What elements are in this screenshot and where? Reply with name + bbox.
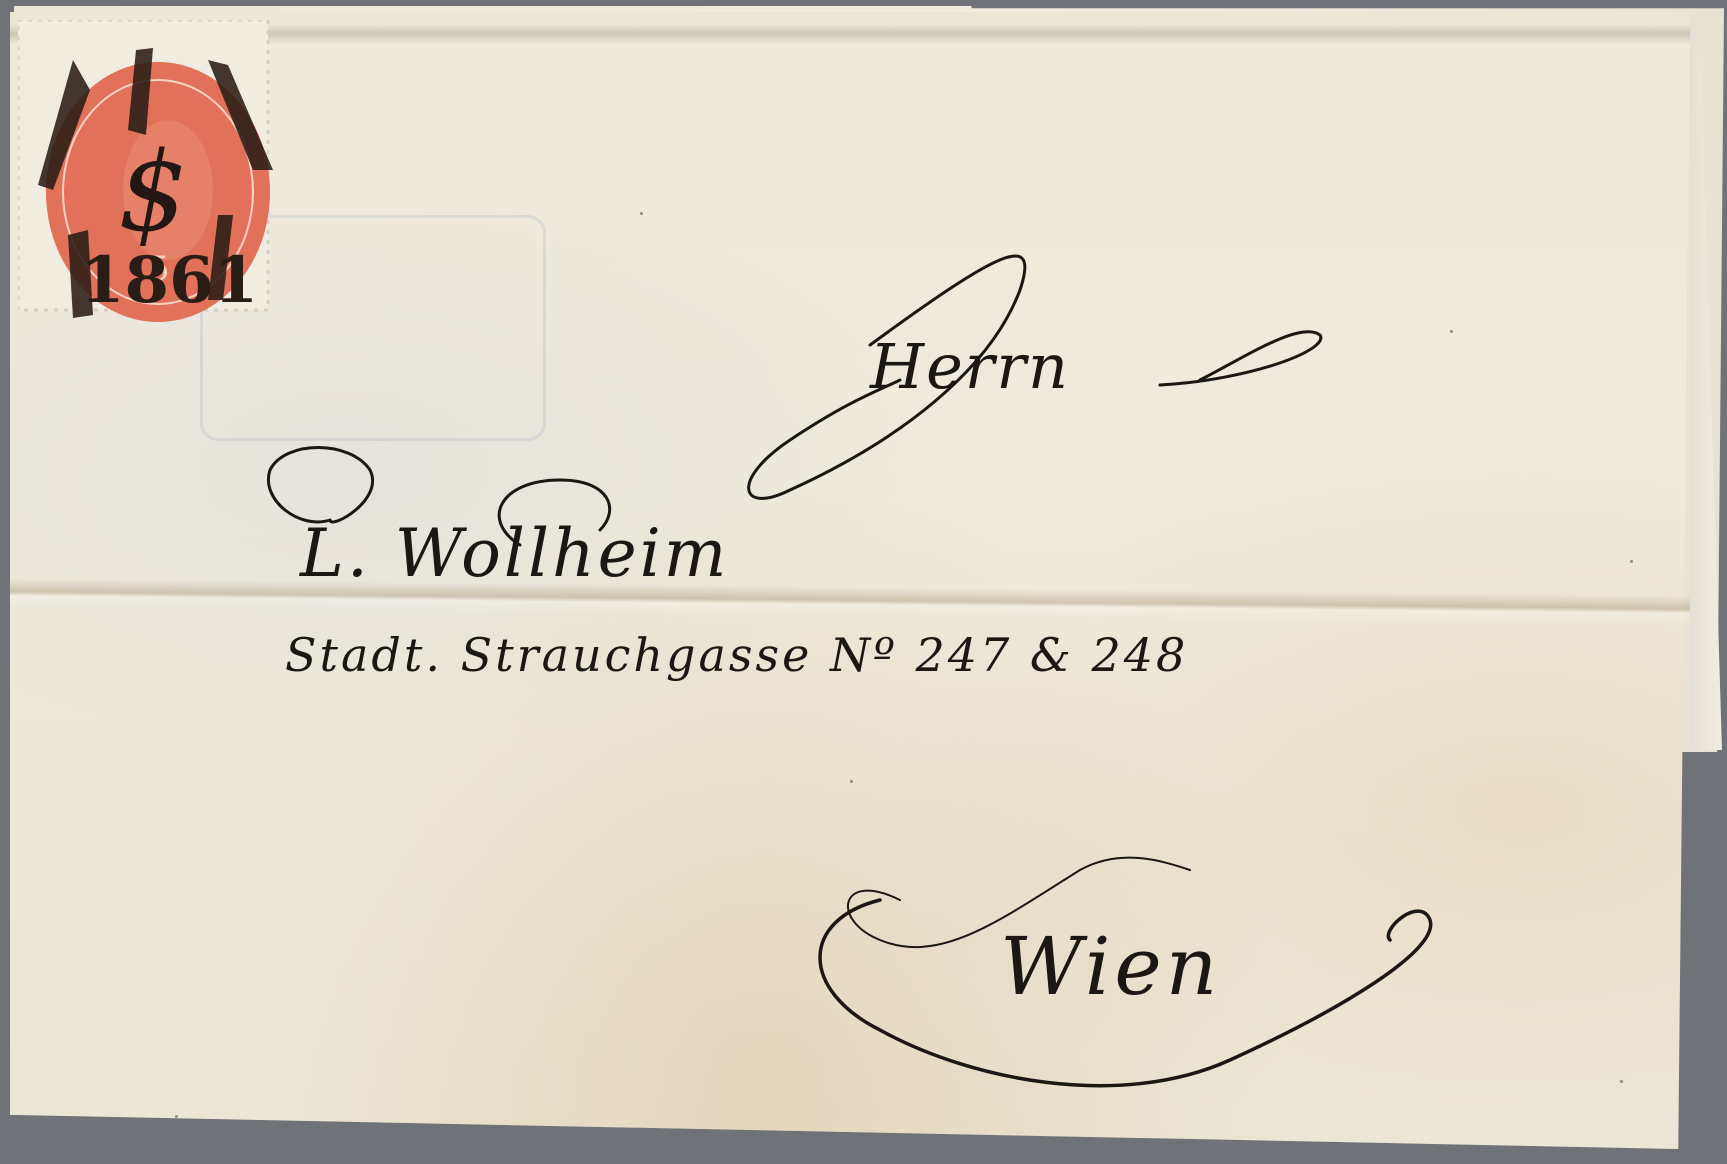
postage-stamp: 5 $ 1861 [18,20,282,322]
street-address: Stadt. Strauchgasse Nº 247 & 248 [285,628,1188,682]
recipient-name: L. Wollheim [300,515,729,592]
cancel-year: 1861 [80,243,258,318]
salutation: Herrn [870,330,1070,403]
city: Wien [1000,920,1221,1013]
svg-text:$: $ [118,128,188,256]
